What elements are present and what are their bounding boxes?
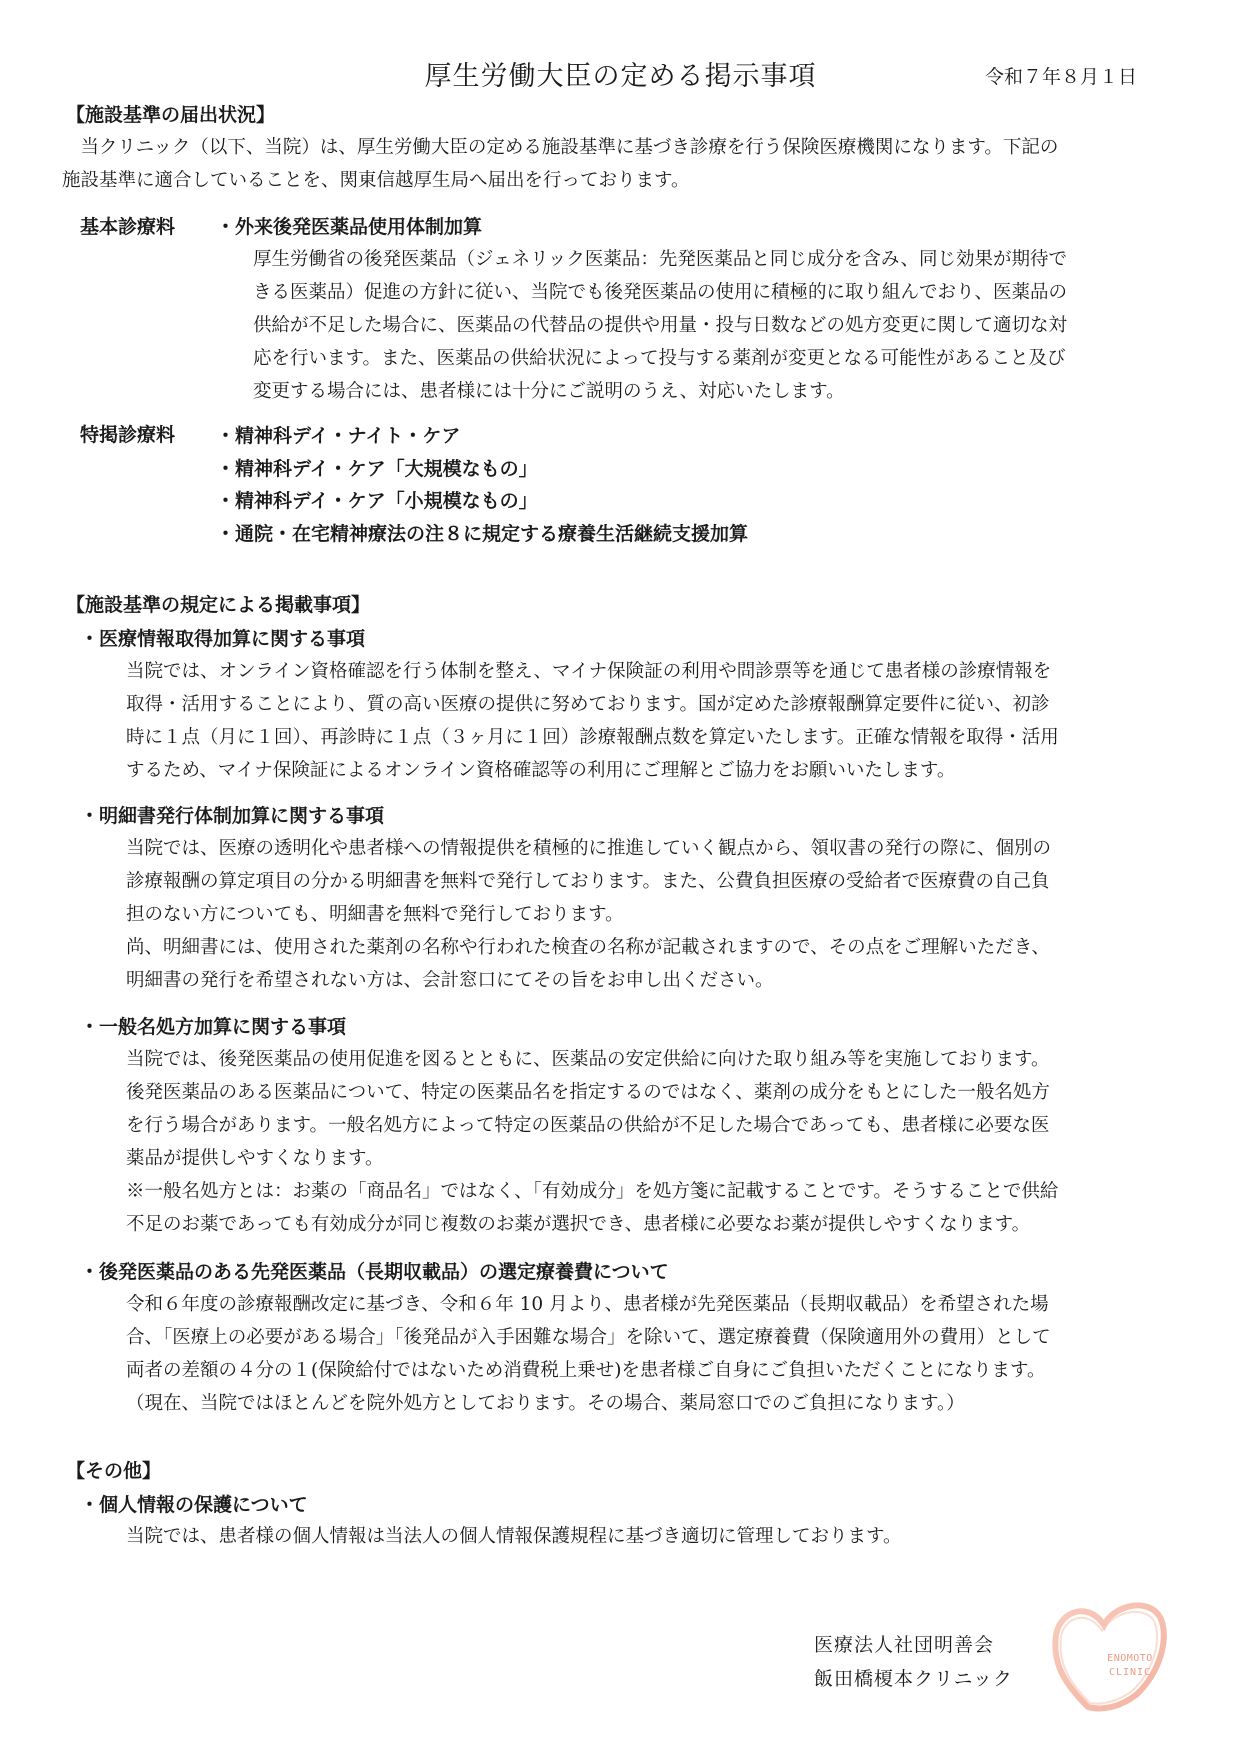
- list-item: ・精神科デイ・ナイト・ケア: [216, 420, 748, 453]
- body-line: 後発医薬品のある医薬品について、特定の医薬品名を指定するのではなく、薬剤の成分を…: [126, 1076, 1058, 1109]
- item-title-itemized-receipt: ・明細書発行体制加算に関する事項: [80, 801, 384, 828]
- item-body-long-listed-drugs: 令和６年度の診療報酬改定に基づき、令和６年 10 月より、患者様が先発医薬品（長…: [126, 1288, 1051, 1420]
- intro-line: 当クリニック（以下、当院）は、厚生労働大臣の定める施設基準に基づき診療を行う保険…: [62, 131, 1058, 164]
- svg-text:CLINIC: CLINIC: [1109, 1667, 1151, 1678]
- description-line: 変更する場合には、患者様には十分にご説明のうえ、対応いたします。: [253, 375, 1067, 408]
- category-special: 特掲診療料: [80, 420, 175, 447]
- body-line: 取得・活用することにより、質の高い医療の提供に努めております。国が定めた診療報酬…: [126, 688, 1059, 721]
- basic-item-description: 厚生労働省の後発医薬品（ジェネリック医薬品：先発医薬品と同じ成分を含み、同じ効果…: [253, 243, 1067, 408]
- item-title-long-listed-drugs: ・後発医薬品のある先発医薬品（長期収載品）の選定療養費について: [80, 1257, 669, 1284]
- svg-text:ENOMOTO: ENOMOTO: [1107, 1653, 1153, 1664]
- item-body-medical-info: 当院では、オンライン資格確認を行う体制を整え、マイナ保険証の利用や問診票等を通じ…: [126, 655, 1059, 787]
- section-heading-posted-items: 【施設基準の規定による掲載事項】: [66, 590, 370, 617]
- special-items-list: ・精神科デイ・ナイト・ケア ・精神科デイ・ケア「大規模なもの」 ・精神科デイ・ケ…: [216, 420, 748, 550]
- publish-date: 令和７年８月１日: [985, 62, 1137, 89]
- body-line: 診療報酬の算定項目の分かる明細書を無料で発行しております。また、公費負担医療の受…: [126, 865, 1051, 898]
- body-line: 両者の差額の４分の１(保険給付ではないため消費税上乗せ)を患者様ご自身にご負担い…: [126, 1354, 1051, 1387]
- clinic-name: 飯田橋榎本クリニック: [814, 1664, 1013, 1691]
- section-heading-other: 【その他】: [66, 1456, 161, 1483]
- item-title-generic-prescription: ・一般名処方加算に関する事項: [80, 1012, 346, 1039]
- body-line: ※一般名処方とは：お薬の「商品名」ではなく、「有効成分」を処方箋に記載することで…: [126, 1175, 1058, 1208]
- description-line: きる医薬品）促進の方針に従い、当院でも後発医薬品の使用に積極的に取り組んでおり、…: [253, 276, 1067, 309]
- list-item: ・通院・在宅精神療法の注８に規定する療養生活継続支援加算: [216, 518, 748, 551]
- body-line: 時に１点（月に１回）、再診時に１点（３ヶ月に１回）診療報酬点数を算定いたします。…: [126, 721, 1059, 754]
- body-line: 明細書の発行を希望されない方は、会計窓口にてその旨をお申し出ください。: [126, 964, 1051, 997]
- body-line: 合、「医療上の必要がある場合」「後発品が入手困難な場合」を除いて、選定療養費（保…: [126, 1321, 1051, 1354]
- list-item: ・精神科デイ・ケア「小規模なもの」: [216, 485, 748, 518]
- section-heading-facility-standards: 【施設基準の届出状況】: [66, 100, 275, 127]
- body-line: 当院では、後発医薬品の使用促進を図るとともに、医薬品の安定供給に向けた取り組み等…: [126, 1043, 1058, 1076]
- item-body-privacy: 当院では、患者様の個人情報は当法人の個人情報保護規程に基づき適切に管理しておりま…: [126, 1520, 902, 1553]
- item-body-generic-prescription: 当院では、後発医薬品の使用促進を図るとともに、医薬品の安定供給に向けた取り組み等…: [126, 1043, 1058, 1241]
- list-item: ・精神科デイ・ケア「大規模なもの」: [216, 453, 748, 486]
- description-line: 供給が不足した場合に、医薬品の代替品の提供や用量・投与日数などの処方変更に関して…: [253, 309, 1067, 342]
- item-title-medical-info: ・医療情報取得加算に関する事項: [80, 624, 365, 651]
- description-line: 応を行います。また、医薬品の供給状況によって投与する薬剤が変更となる可能性がある…: [253, 342, 1067, 375]
- item-title-privacy: ・個人情報の保護について: [80, 1490, 308, 1517]
- item-body-itemized-receipt: 当院では、医療の透明化や患者様への情報提供を積極的に推進していく観点から、領収書…: [126, 832, 1051, 997]
- body-line: 不足のお薬であっても有効成分が同じ複数のお薬が選択でき、患者様に必要なお薬が提供…: [126, 1208, 1058, 1241]
- body-line: 当院では、オンライン資格確認を行う体制を整え、マイナ保険証の利用や問診票等を通じ…: [126, 655, 1059, 688]
- body-line: 当院では、医療の透明化や患者様への情報提供を積極的に推進していく観点から、領収書…: [126, 832, 1051, 865]
- notice-page: 厚生労働大臣の定める掲示事項 令和７年８月１日 【施設基準の届出状況】 当クリニ…: [0, 0, 1241, 1755]
- body-line: 令和６年度の診療報酬改定に基づき、令和６年 10 月より、患者様が先発医薬品（長…: [126, 1288, 1051, 1321]
- description-line: 厚生労働省の後発医薬品（ジェネリック医薬品：先発医薬品と同じ成分を含み、同じ効果…: [253, 243, 1067, 276]
- organization-name: 医療法人社団明善会: [814, 1630, 994, 1657]
- body-line: 尚、明細書には、使用された薬剤の名称や行われた検査の名称が記載されますので、その…: [126, 931, 1051, 964]
- category-basic: 基本診療料: [80, 212, 175, 239]
- intro-line: 施設基準に適合していることを、関東信越厚生局へ届出を行っております。: [62, 164, 1058, 197]
- heart-icon: ENOMOTO CLINIC: [1048, 1595, 1168, 1715]
- clinic-logo: ENOMOTO CLINIC: [1048, 1595, 1168, 1715]
- body-line: （現在、当院ではほとんどを院外処方としております。その場合、薬局窓口でのご負担に…: [126, 1387, 1051, 1420]
- body-line: を行う場合があります。一般名処方によって特定の医薬品の供給が不足した場合であって…: [126, 1109, 1058, 1142]
- body-line: 薬品が提供しやすくなります。: [126, 1142, 1058, 1175]
- body-line: するため、マイナ保険証によるオンライン資格確認等の利用にご理解とご協力をお願いい…: [126, 754, 1059, 787]
- intro-paragraph: 当クリニック（以下、当院）は、厚生労働大臣の定める施設基準に基づき診療を行う保険…: [62, 131, 1058, 197]
- body-line: 担のない方についても、明細書を無料で発行しております。: [126, 898, 1051, 931]
- item-generic-drug-addition: ・外来後発医薬品使用体制加算: [216, 212, 482, 239]
